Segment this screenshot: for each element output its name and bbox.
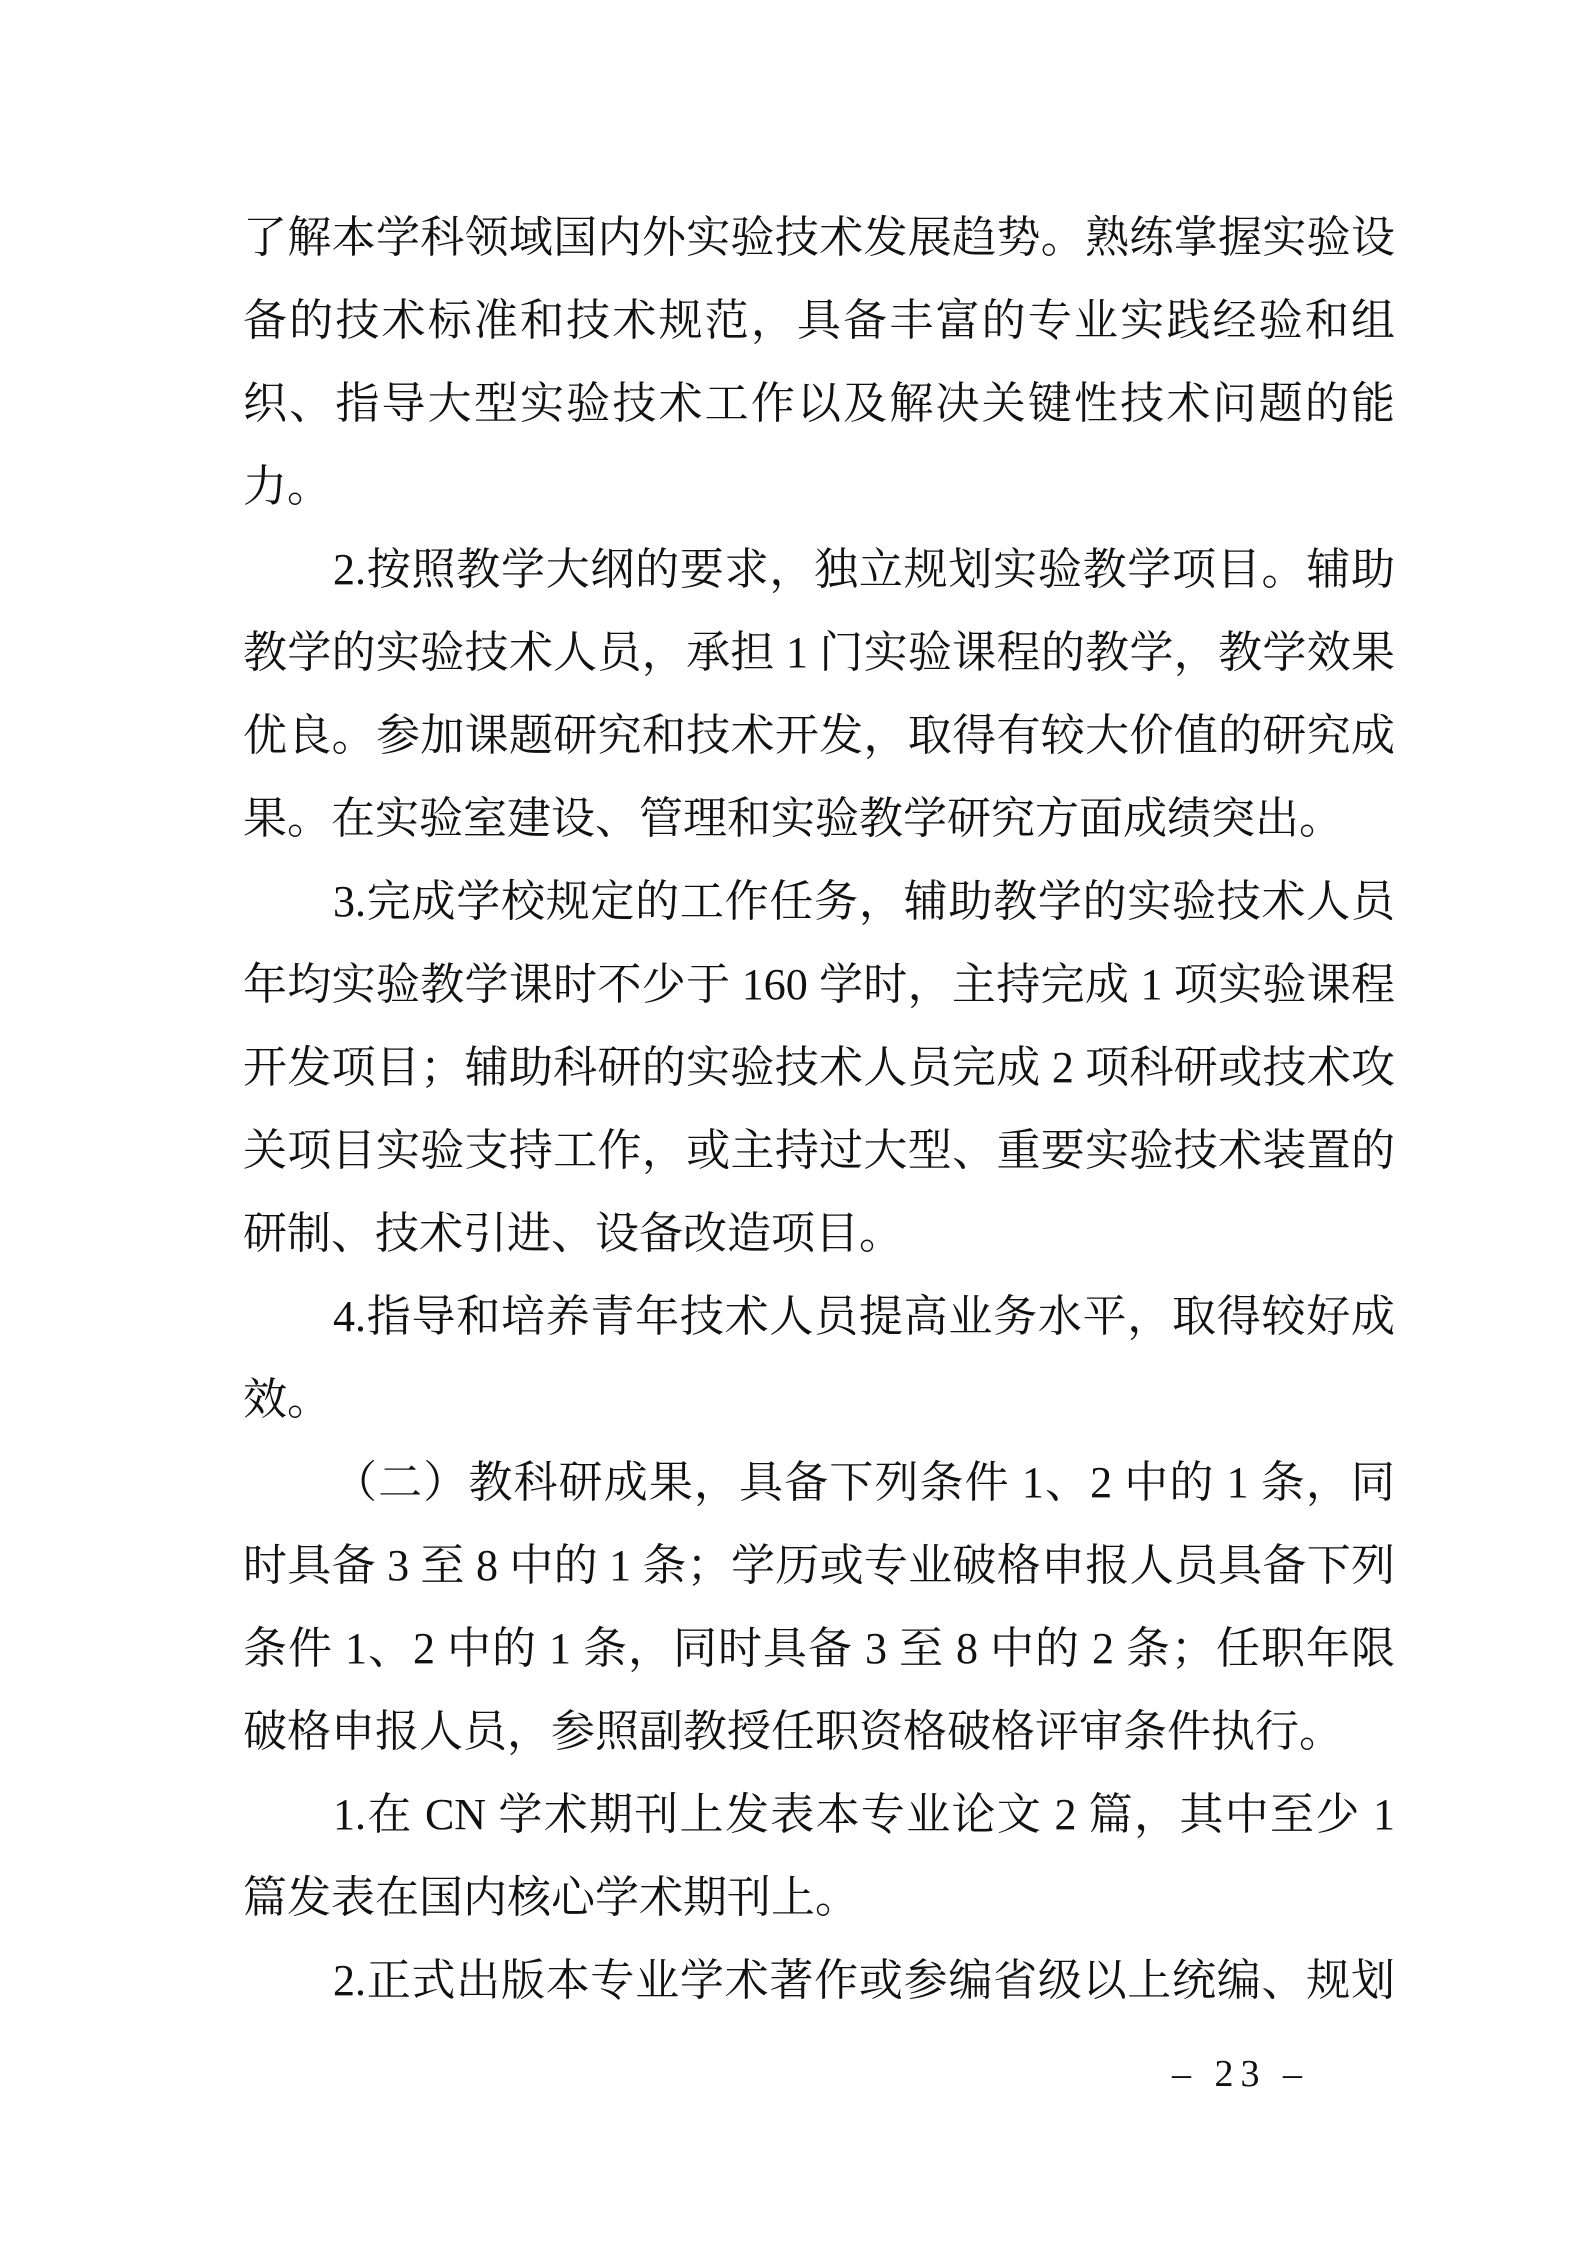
paragraph: 3.完成学校规定的工作任务，辅助教学的实验技术人员 年均实验教学课时不少于 16… xyxy=(243,860,1395,1275)
text-line: 备的技术标准和技术规范，具备丰富的专业实践经验和组 xyxy=(243,279,1395,362)
text-block: 了解本学科领域国内外实验技术发展趋势。熟练掌握实验设 备的技术标准和技术规范，具… xyxy=(243,196,1395,2022)
text-line: 条件 1、2 中的 1 条，同时具备 3 至 8 中的 2 条；任职年限 xyxy=(243,1607,1395,1690)
text-line: 果。在实验室建设、管理和实验教学研究方面成绩突出。 xyxy=(243,777,1395,860)
text-line: 破格申报人员，参照副教授任职资格破格评审条件执行。 xyxy=(243,1690,1395,1773)
document-page: 了解本学科领域国内外实验技术发展趋势。熟练掌握实验设 备的技术标准和技术规范，具… xyxy=(0,0,1587,2245)
text-line: 3.完成学校规定的工作任务，辅助教学的实验技术人员 xyxy=(243,860,1395,943)
text-line: 年均实验教学课时不少于 160 学时，主持完成 1 项实验课程 xyxy=(243,943,1395,1026)
text-line: 织、指导大型实验技术工作以及解决关键性技术问题的能 xyxy=(243,362,1395,445)
text-line: 优良。参加课题研究和技术开发，取得有较大价值的研究成 xyxy=(243,694,1395,777)
paragraph: 了解本学科领域国内外实验技术发展趋势。熟练掌握实验设 备的技术标准和技术规范，具… xyxy=(243,196,1395,528)
text-line: 关项目实验支持工作，或主持过大型、重要实验技术装置的 xyxy=(243,1109,1395,1192)
text-line: （二）教科研成果，具备下列条件 1、2 中的 1 条，同 xyxy=(243,1441,1395,1524)
text-line: 了解本学科领域国内外实验技术发展趋势。熟练掌握实验设 xyxy=(243,196,1395,279)
paragraph: 2.正式出版本专业学术著作或参编省级以上统编、规划 xyxy=(243,1939,1395,2022)
text-line: 2.按照教学大纲的要求，独立规划实验教学项目。辅助 xyxy=(243,528,1395,611)
text-line: 时具备 3 至 8 中的 1 条；学历或专业破格申报人员具备下列 xyxy=(243,1524,1395,1607)
paragraph: （二）教科研成果，具备下列条件 1、2 中的 1 条，同 时具备 3 至 8 中… xyxy=(243,1441,1395,1773)
text-line: 力。 xyxy=(243,445,1395,528)
text-line: 2.正式出版本专业学术著作或参编省级以上统编、规划 xyxy=(243,1939,1395,2022)
text-line: 开发项目；辅助科研的实验技术人员完成 2 项科研或技术攻 xyxy=(243,1026,1395,1109)
paragraph: 1.在 CN 学术期刊上发表本专业论文 2 篇，其中至少 1 篇发表在国内核心学… xyxy=(243,1773,1395,1939)
page-number: – 23 – xyxy=(1172,2052,1309,2096)
text-line: 篇发表在国内核心学术期刊上。 xyxy=(243,1856,1395,1939)
text-line: 4.指导和培养青年技术人员提高业务水平，取得较好成 xyxy=(243,1275,1395,1358)
paragraph: 4.指导和培养青年技术人员提高业务水平，取得较好成 效。 xyxy=(243,1275,1395,1441)
text-line: 教学的实验技术人员，承担 1 门实验课程的教学，教学效果 xyxy=(243,611,1395,694)
paragraph: 2.按照教学大纲的要求，独立规划实验教学项目。辅助 教学的实验技术人员，承担 1… xyxy=(243,528,1395,860)
text-line: 研制、技术引进、设备改造项目。 xyxy=(243,1192,1395,1275)
text-line: 1.在 CN 学术期刊上发表本专业论文 2 篇，其中至少 1 xyxy=(243,1773,1395,1856)
text-line: 效。 xyxy=(243,1358,1395,1441)
